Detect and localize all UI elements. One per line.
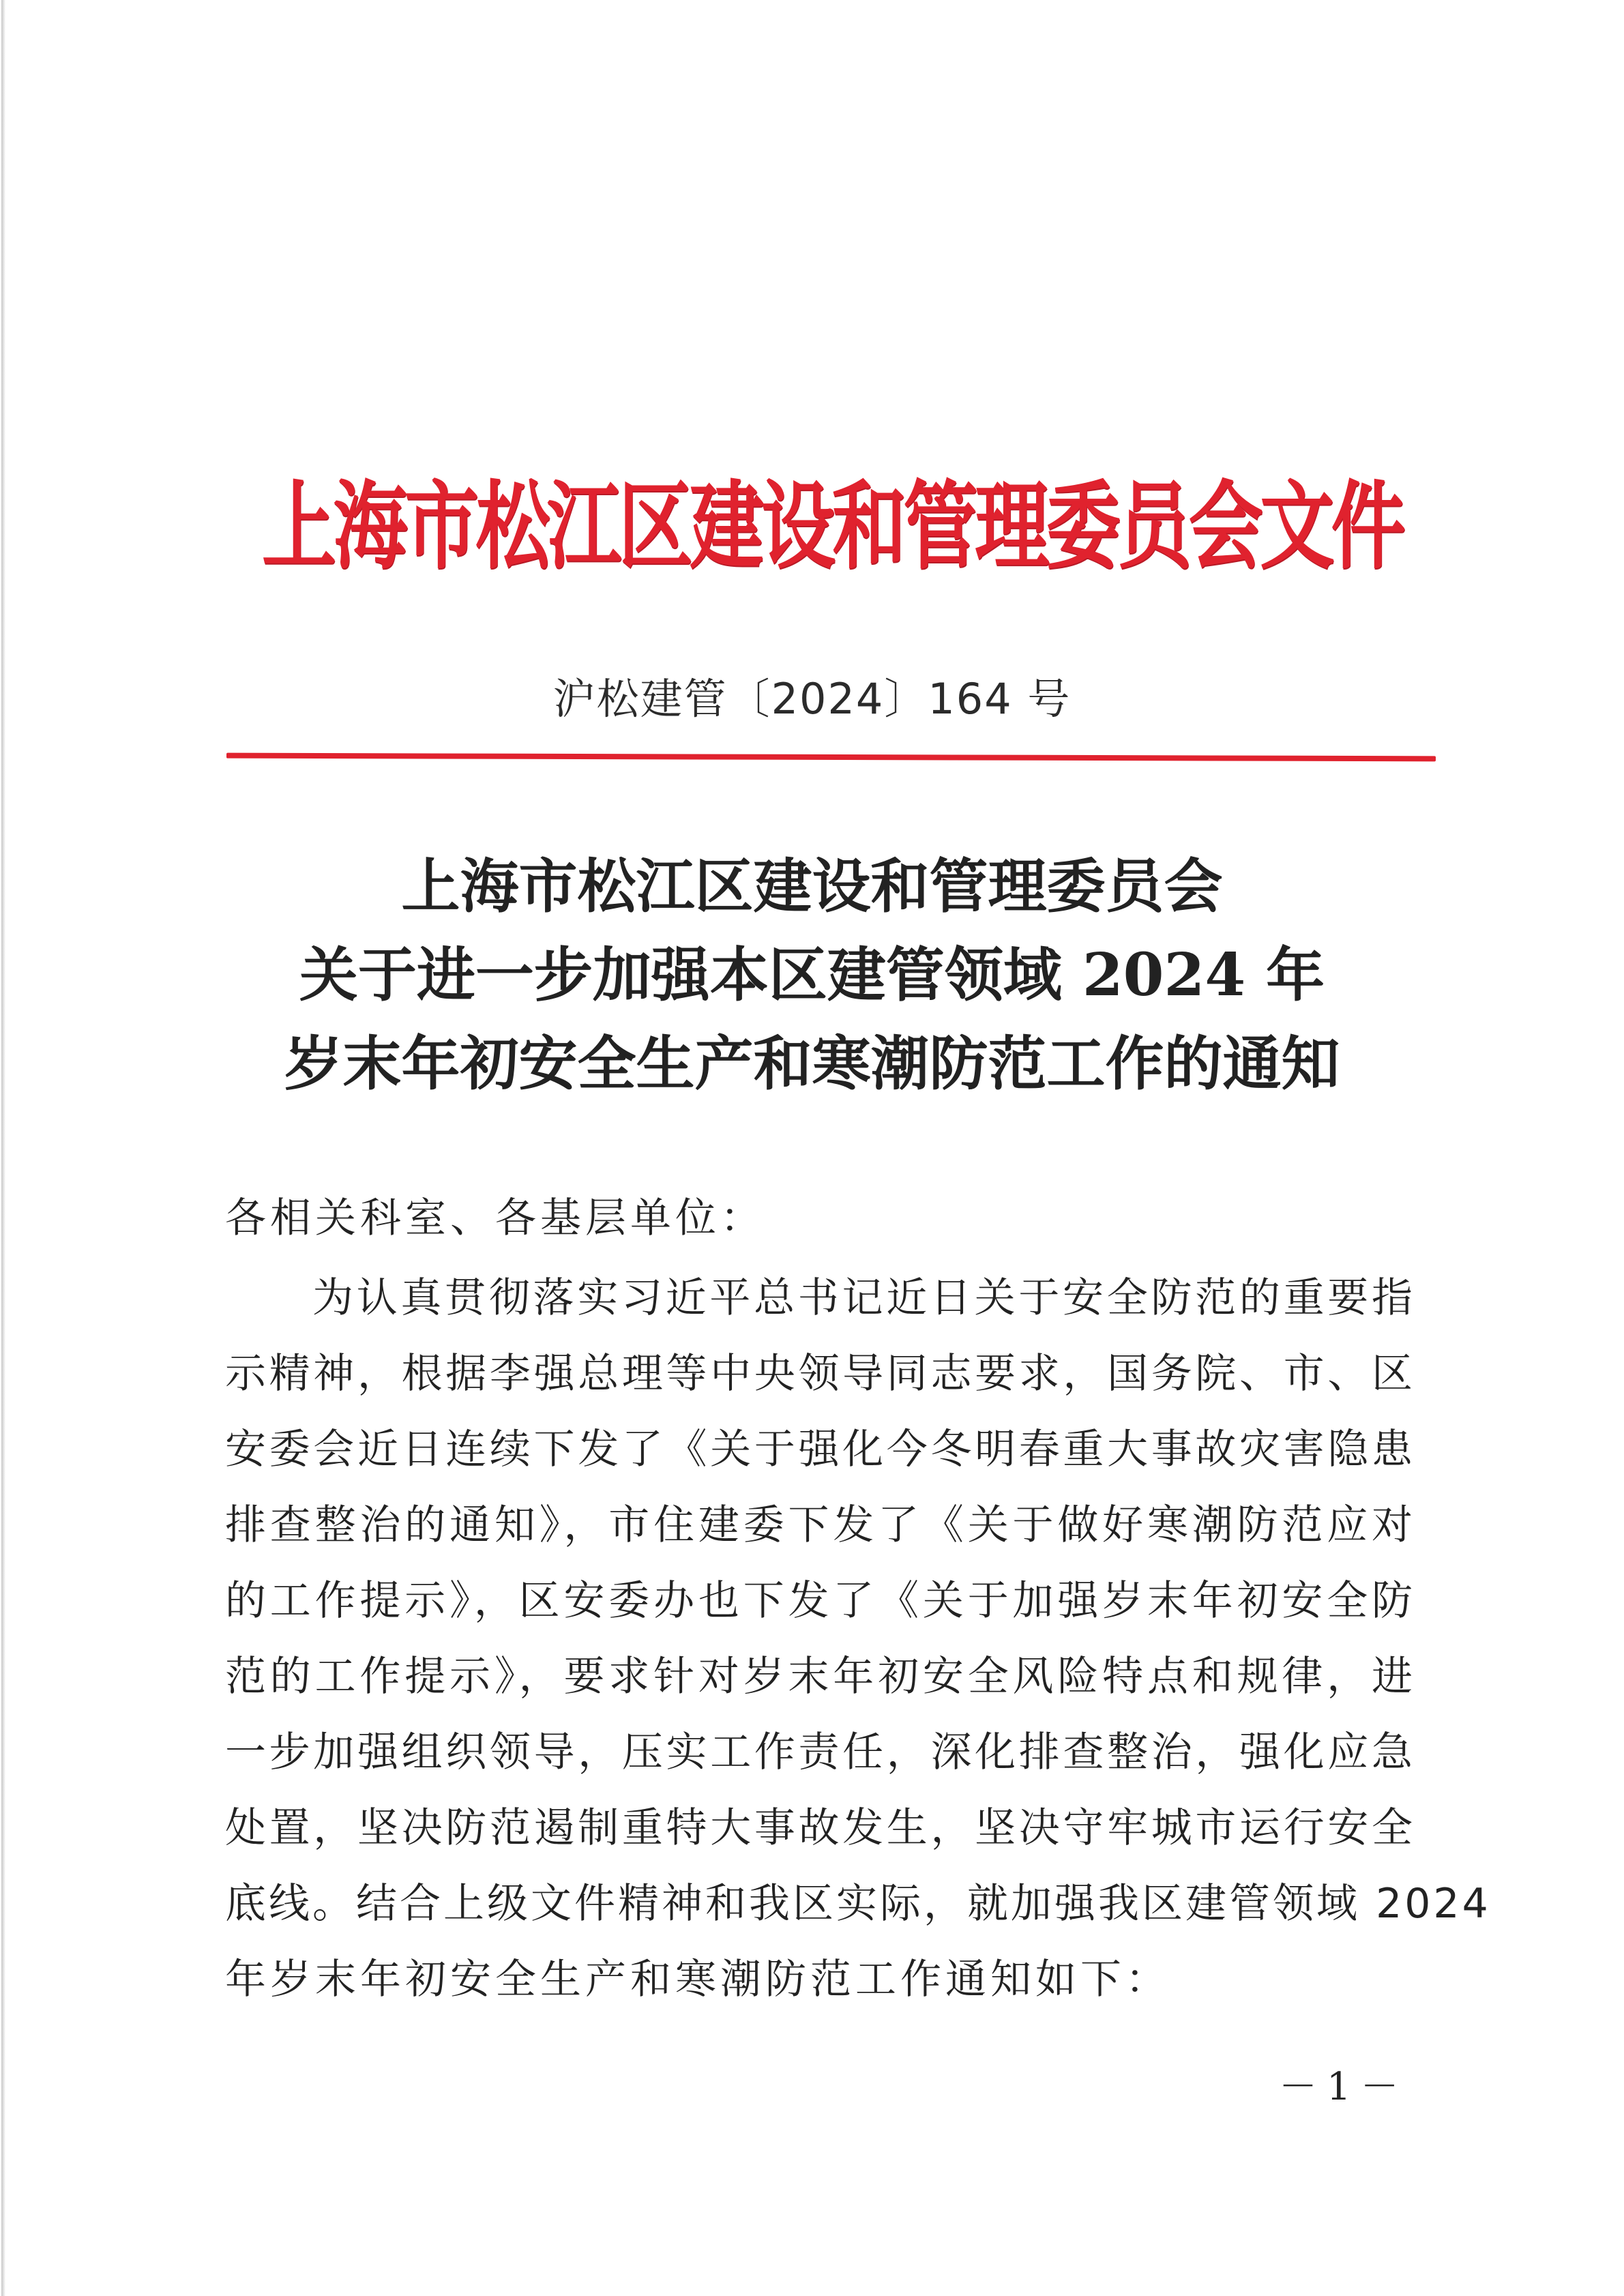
body-line: 示精神，根据李强总理等中央领导同志要求，国务院、市、区 [225, 1336, 1415, 1412]
page-number: －1－ [1279, 2057, 1408, 2111]
body-line: 年岁末年初安全生产和寒潮防范工作通知如下： [225, 1942, 1415, 2018]
document-masthead: 上海市松江区建设和管理委员会文件 [259, 464, 1405, 573]
red-divider [226, 753, 1436, 762]
body-line: 一步加强组织领导，压实工作责任，深化排查整治，强化应急 [225, 1715, 1415, 1791]
document-title: 上海市松江区建设和管理委员会 关于进一步加强本区建管领域 2024 年 岁末年初… [0, 842, 1624, 1108]
salutation: 各相关科室、各基层单位： [225, 1186, 765, 1244]
body-line: 底线。结合上级文件精神和我区实际，就加强我区建管领域 2024 [225, 1866, 1415, 1942]
body-line: 为认真贯彻落实习近平总书记近日关于安全防范的重要指 [225, 1261, 1415, 1336]
masthead-title: 上海市松江区建设和管理委员会文件 [262, 450, 1402, 587]
body-line: 安委会近日连续下发了《关于强化今冬明春重大事故灾害隐患 [225, 1412, 1415, 1488]
body-line: 排查整治的通知》，市住建委下发了《关于做好寒潮防范应对 [225, 1488, 1415, 1563]
title-line: 关于进一步加强本区建管领域 2024 年 [0, 931, 1624, 1020]
body-line: 范的工作提示》，要求针对岁末年初安全风险特点和规律，进 [225, 1639, 1415, 1715]
body-paragraph: 为认真贯彻落实习近平总书记近日关于安全防范的重要指 示精神，根据李强总理等中央领… [225, 1261, 1415, 2018]
title-line: 上海市松江区建设和管理委员会 [0, 842, 1624, 931]
body-line: 的工作提示》，区安委办也下发了《关于加强岁末年初安全防 [225, 1563, 1415, 1639]
title-line: 岁末年初安全生产和寒潮防范工作的通知 [0, 1020, 1624, 1108]
body-line: 处置，坚决防范遏制重特大事故发生，坚决守牢城市运行安全 [225, 1791, 1415, 1866]
document-number: 沪松建管〔2024〕164 号 [0, 665, 1624, 726]
scan-edge-shadow [1, 0, 5, 2296]
